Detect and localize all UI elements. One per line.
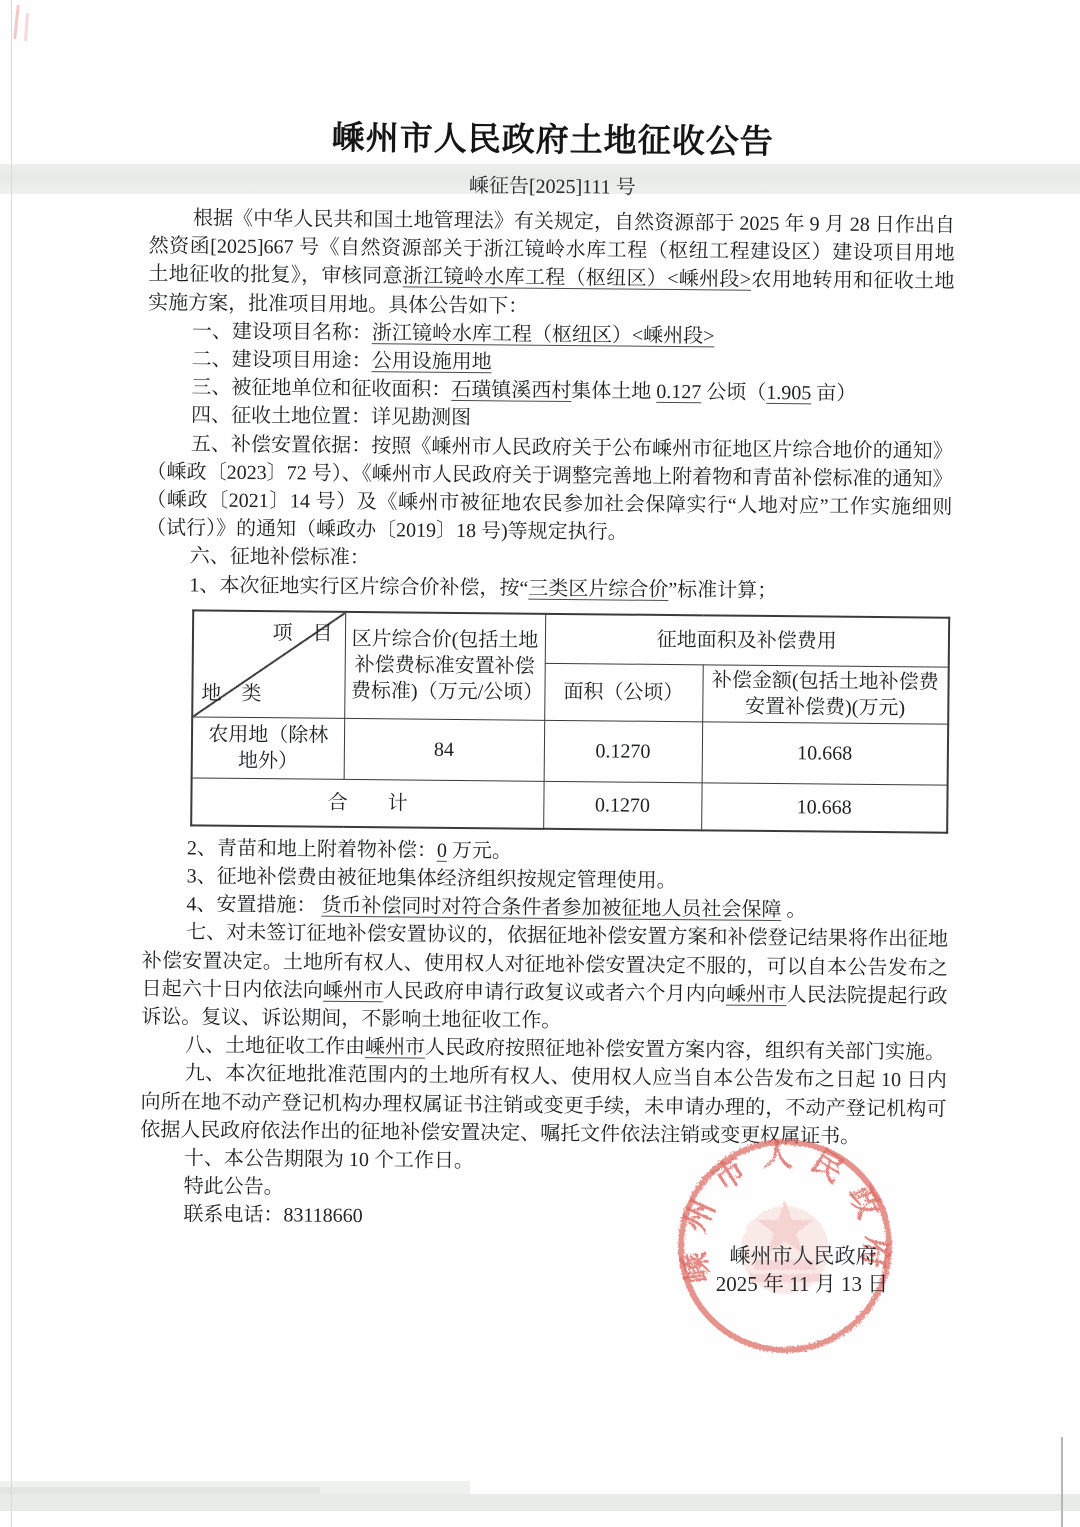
underlined-text: 1.905	[766, 382, 811, 404]
page-title: 嵊州市人民政府土地征收公告	[150, 114, 956, 166]
total-area: 0.1270	[543, 781, 701, 830]
body-paragraphs-before-table: 根据《中华人民共和国土地管理法》有关规定，自然资源部于 2025 年 9 月 2…	[145, 204, 955, 607]
text: 2、青苗和地上附着物补偿：	[187, 837, 437, 861]
underlined-text: 三类区片综合价	[528, 577, 668, 600]
text: 特此公告。	[184, 1176, 284, 1199]
column-header-amount: 补偿金额(包括土地补偿费安置补偿费)(万元)	[702, 665, 949, 724]
underlined-text: 嵊州市	[365, 1036, 425, 1059]
text: 万元。	[447, 840, 512, 863]
underlined-text: 0	[437, 840, 447, 862]
text: 一、建设项目名称：	[192, 320, 372, 344]
underlined-text: 嵊州市	[726, 983, 787, 1006]
underlined-text: 浙江镜岭水库工程（枢纽区）<嵊州段>	[403, 266, 751, 291]
red-pen-mark	[13, 5, 20, 39]
column-header-price: 区片综合价(包括土地补偿费标准安置补偿费标准)（万元/公顷）	[344, 612, 545, 720]
underlined-text: 嵊州市	[323, 980, 384, 1003]
doc-number: 嵊征告[2025]111 号	[149, 168, 955, 206]
underlined-text: 公用设施用地	[372, 350, 492, 373]
text: 二、建设项目用途：	[192, 348, 372, 372]
text: 联系电话：83118660	[183, 1204, 362, 1228]
text: 4、安置措施：	[186, 894, 321, 917]
scan-band-bottom-wide	[0, 1494, 1080, 1511]
document-content: 嵊州市人民政府土地征收公告 嵊征告[2025]111 号 根据《中华人民共和国土…	[139, 114, 956, 1236]
underlined-text: 浙江镜岭水库工程（枢纽区）<嵊州段>	[372, 322, 715, 347]
text: 。	[781, 899, 806, 921]
text: 八、土地征收工作由	[185, 1035, 365, 1059]
body-paragraph: 根据《中华人民共和国土地管理法》有关规定，自然资源部于 2025 年 9 月 2…	[148, 204, 955, 325]
corner-label-landtype: 地 类	[201, 680, 261, 707]
text: 三、被征地单位和征收面积：	[191, 377, 451, 401]
underlined-text: 货币补偿同时对符合条件者参加被征地人员社会保障	[321, 895, 781, 921]
signature-authority: 嵊州市人民政府	[708, 1240, 898, 1270]
column-header-area: 面积（公顷）	[544, 663, 703, 722]
text: 四、征收土地位置：详见勘测图	[191, 405, 471, 430]
cell-price: 84	[344, 718, 545, 781]
text: 亩）	[811, 383, 856, 405]
text: 六、征地补偿标准：	[190, 546, 370, 570]
text: 3、征地补偿费由被征地集体经济组织按规定管理使用。	[187, 865, 677, 892]
corner-label-item: 项 目	[272, 620, 332, 647]
table-total-row: 合 计 0.1270 10.668	[191, 778, 947, 833]
compensation-standard-table: 项 目 地 类 区片综合价(包括土地补偿费标准安置补偿费标准)（万元/公顷） 征…	[190, 609, 950, 833]
red-pen-mark	[24, 13, 29, 41]
cell-land-type: 农用地（除林地外）	[192, 717, 345, 779]
underlined-text: 0.127	[656, 381, 701, 403]
cell-amount: 10.668	[702, 722, 949, 785]
scan-page-edge-left	[11, 0, 12, 1527]
column-group-header: 征地面积及补偿费用	[545, 614, 949, 667]
scanned-document-page: 嵊州市人民政府土地征收公告 嵊征告[2025]111 号 根据《中华人民共和国土…	[0, 0, 1080, 1527]
table-row: 农用地（除林地外） 84 0.1270 10.668	[192, 717, 949, 785]
total-amount: 10.668	[701, 783, 947, 833]
scan-band-bottom-dark	[0, 1487, 320, 1503]
underlined-text: 石璜镇溪西村	[451, 379, 571, 402]
text: 集体土地	[571, 380, 656, 403]
table-corner-cell: 项 目 地 类	[192, 610, 345, 718]
text: 人民政府按照征地补偿安置方案内容，组织有关部门实施。	[425, 1037, 945, 1064]
scan-page-edge-right	[1061, 1437, 1063, 1527]
text: 十、本公告期限为 10 个工作日。	[184, 1147, 474, 1172]
cell-area: 0.1270	[544, 720, 703, 783]
total-label: 合 计	[191, 778, 543, 829]
body-paragraph: 五、补偿安置依据：按照《嵊州市人民政府关于公布嵊州市征地区片综合地价的通知》（嵊…	[146, 430, 953, 551]
text: 公顷（	[701, 382, 766, 405]
text: ”标准计算；	[668, 579, 777, 602]
text: 1、本次征地实行区片综合价补偿，按“	[189, 574, 528, 599]
text: 人民政府申请行政复议或者六个月内向	[383, 980, 726, 1005]
scan-band-bottom-light	[0, 1481, 470, 1495]
signature-date: 2025 年 11 月 13 日	[686, 1268, 918, 1298]
body-paragraph: 七、对未签订征地补偿安置协议的，依据征地补偿安置方案和补偿登记结果将作出征地补偿…	[141, 918, 948, 1039]
text: 五、补偿安置依据：按照《嵊州市人民政府关于公布嵊州市征地区片综合地价的通知》（嵊…	[146, 433, 953, 544]
